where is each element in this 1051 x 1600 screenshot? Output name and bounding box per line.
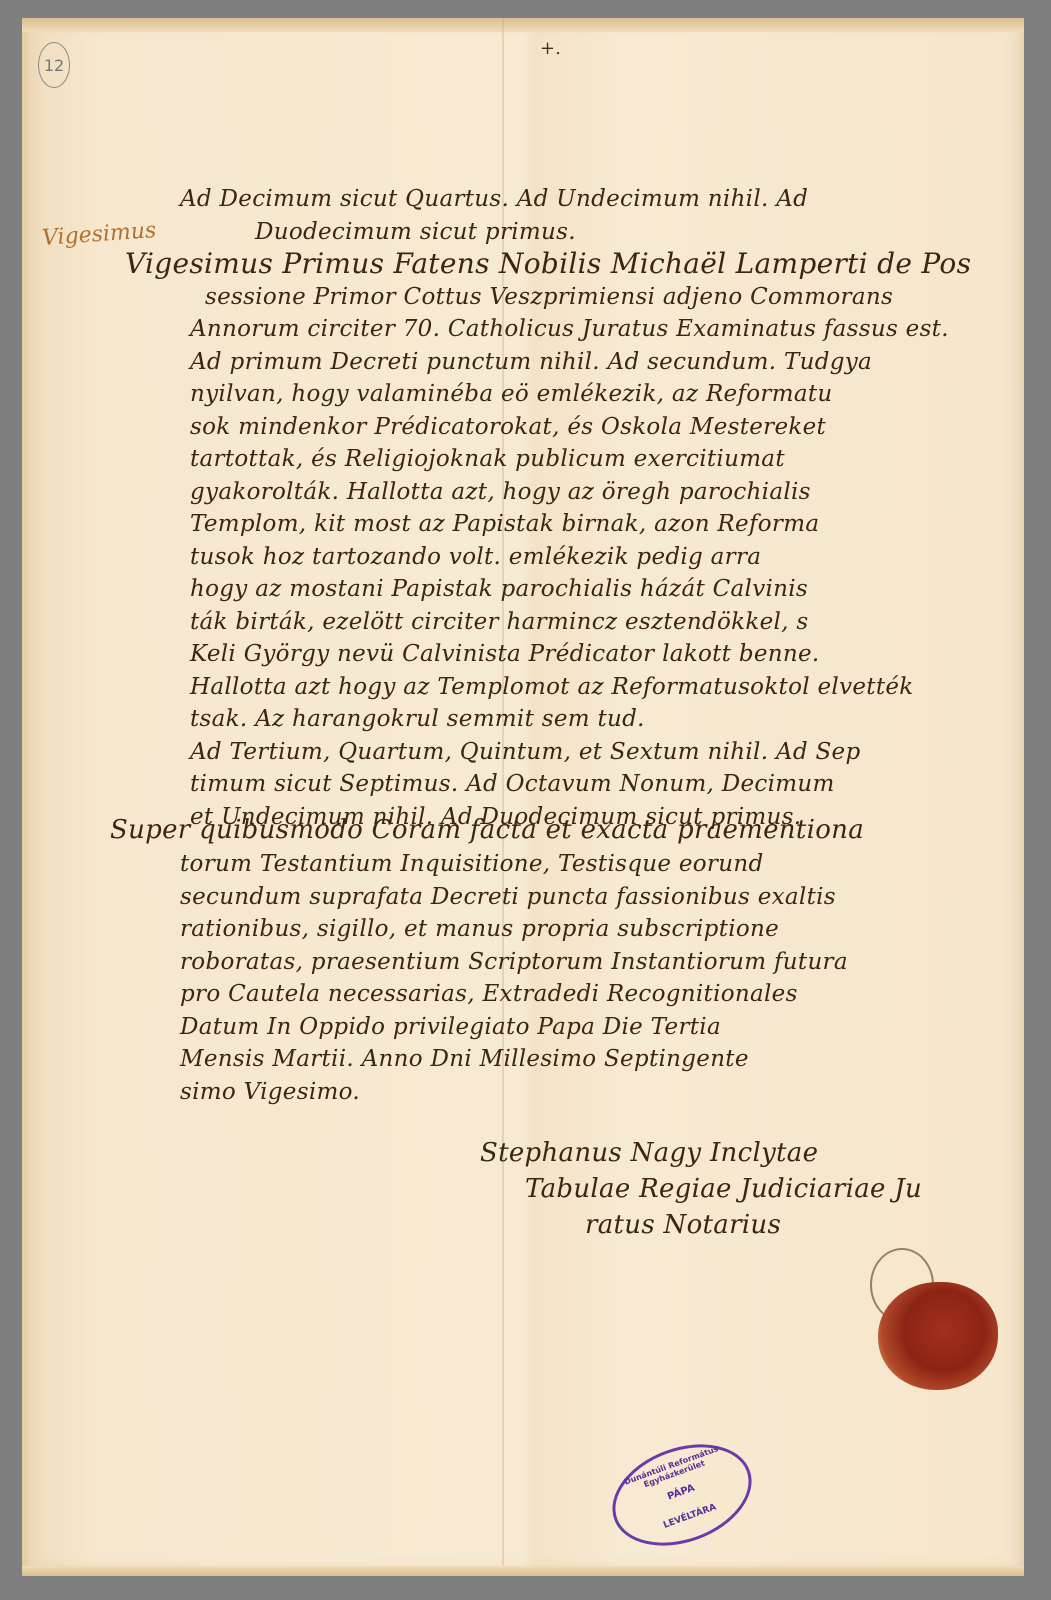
torn-bottom-edge <box>22 1566 1024 1576</box>
text-line: Templom, kit most az Papistak birnak, az… <box>180 508 971 541</box>
text-line: rationibus, sigillo, et manus propria su… <box>110 913 864 946</box>
text-line: Super quibusmodo Coram facta et exacta p… <box>110 812 864 848</box>
text-line: tartottak, és Religiojoknak publicum exe… <box>180 443 971 476</box>
testimony-body: Ad Decimum sicut Quartus. Ad Undecimum n… <box>180 183 971 833</box>
text-line: sok mindenkor Prédicatorokat, és Oskola … <box>180 411 971 444</box>
text-line: sessione Primor Cottus Veszprimiensi adj… <box>180 281 971 314</box>
text-line: timum sicut Septimus. Ad Octavum Nonum, … <box>180 768 971 801</box>
text-line: torum Testantium Inquisitione, Testisque… <box>110 848 864 881</box>
text-line: Keli György nevü Calvinista Prédicator l… <box>180 638 971 671</box>
text-line: secundum suprafata Decreti puncta fassio… <box>110 881 864 914</box>
text-line: Duodecimum sicut primus. <box>180 216 971 249</box>
signature-line: Tabulae Regiae Judiciariae Ju <box>480 1171 922 1207</box>
closing-formula: Super quibusmodo Coram facta et exacta p… <box>110 812 864 1108</box>
text-line: tusok hoz tartozando volt. emlékezik ped… <box>180 541 971 574</box>
text-line: tsak. Az harangokrul semmit sem tud. <box>180 703 971 736</box>
text-line: Vigesimus Primus Fatens Nobilis Michaël … <box>125 248 971 281</box>
text-line: Hallotta azt hogy az Templomot az Reform… <box>180 671 971 704</box>
text-line: Datum In Oppido privilegiato Papa Die Te… <box>110 1011 864 1044</box>
text-line: ták birták, ezelött circiter harmincz es… <box>180 606 971 639</box>
top-mark: +. <box>540 38 561 59</box>
folio-number: 12 <box>38 42 70 88</box>
text-line: pro Cautela necessarias, Extradedi Recog… <box>110 978 864 1011</box>
signature-line: Stephanus Nagy Inclytae <box>480 1135 922 1171</box>
text-line: Ad Tertium, Quartum, Quintum, et Sextum … <box>180 736 971 769</box>
text-line: simo Vigesimo. <box>110 1076 864 1109</box>
wax-seal <box>878 1282 998 1390</box>
text-line: roboratas, praesentium Scriptorum Instan… <box>110 946 864 979</box>
text-line: gyakorolták. Hallotta azt, hogy az öregh… <box>180 476 971 509</box>
text-line: Ad primum Decreti punctum nihil. Ad secu… <box>180 346 971 379</box>
text-line: Mensis Martii. Anno Dni Millesimo Septin… <box>110 1043 864 1076</box>
signature-line: ratus Notarius <box>480 1207 922 1243</box>
text-line: Ad Decimum sicut Quartus. Ad Undecimum n… <box>180 183 971 216</box>
text-line: nyilvan, hogy valaminéba eö emlékezik, a… <box>180 378 971 411</box>
notary-signature: Stephanus Nagy Inclytae Tabulae Regiae J… <box>480 1135 922 1243</box>
text-line: hogy az mostani Papistak parochialis ház… <box>180 573 971 606</box>
torn-top-edge <box>22 18 1024 32</box>
text-line: Annorum circiter 70. Catholicus Juratus … <box>180 313 971 346</box>
